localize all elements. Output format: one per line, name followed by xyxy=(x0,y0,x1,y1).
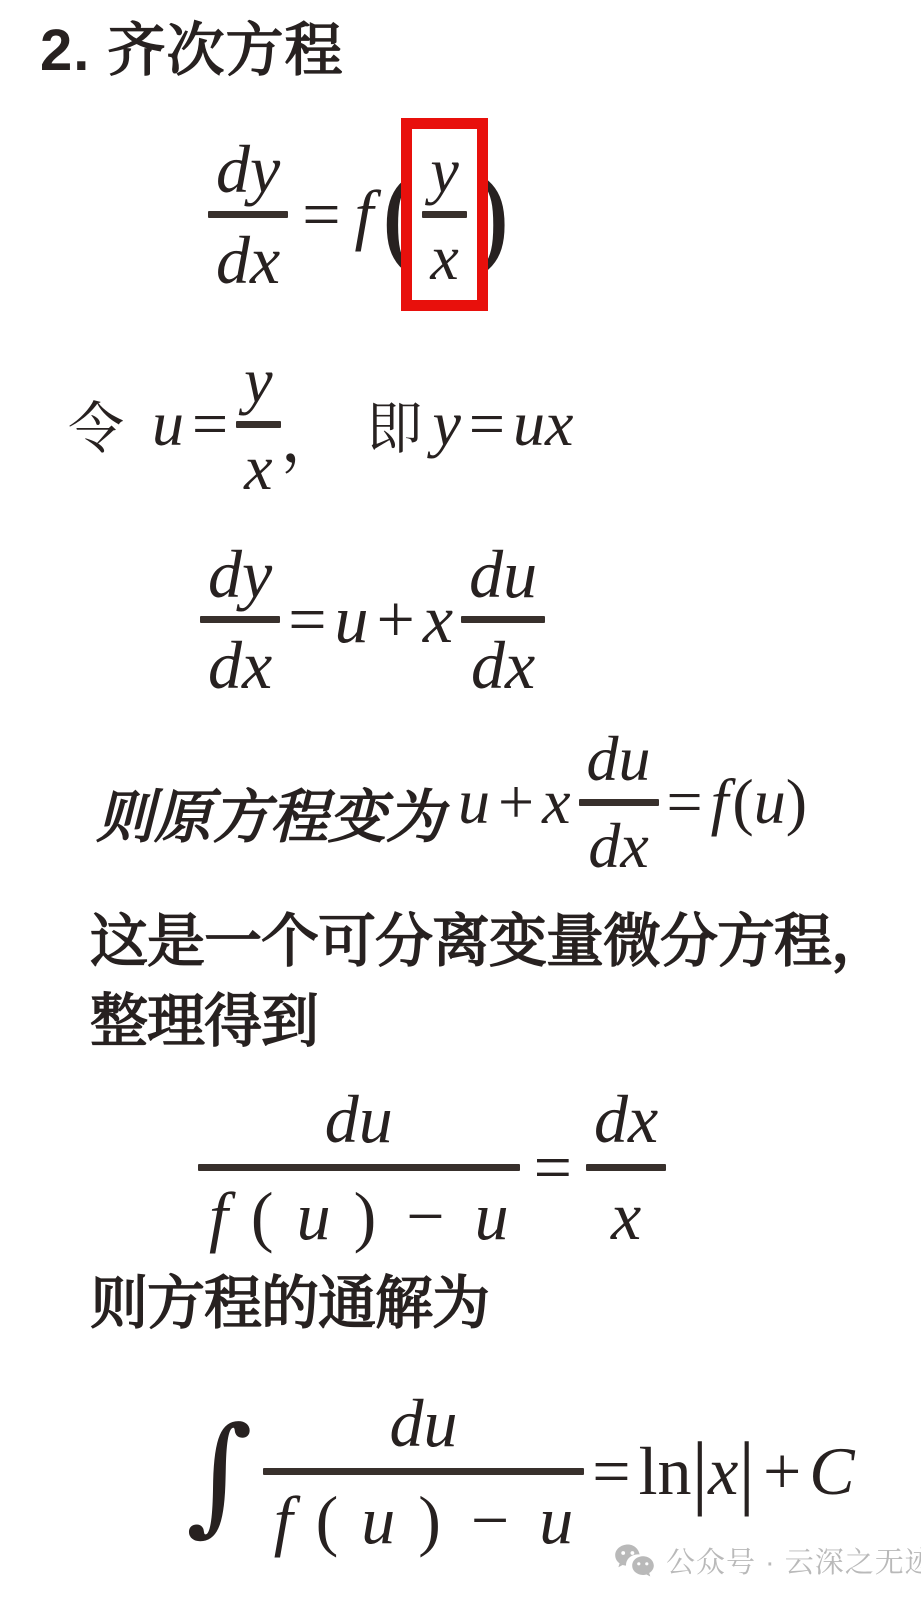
var-u: u xyxy=(458,770,490,834)
fraction-numerator: y xyxy=(422,139,466,203)
var-u: u xyxy=(361,1486,395,1554)
fraction-bar xyxy=(236,421,280,428)
fraction-denominator: x xyxy=(422,226,466,290)
right-paren-icon: ) xyxy=(786,770,807,834)
general-solution-label: 则方程的通解为 xyxy=(90,1264,489,1344)
ln-function: ln xyxy=(639,1437,692,1505)
paragraph-line: 整理得到 xyxy=(90,982,920,1062)
right-paren-icon: ) xyxy=(418,1486,441,1554)
fraction-denominator: dx xyxy=(200,631,280,699)
equals-sign: = xyxy=(288,585,326,653)
plus-sign: + xyxy=(498,770,534,834)
fraction-bar xyxy=(461,616,545,623)
fraction-numerator: dy xyxy=(208,135,288,203)
right-paren-icon: ) xyxy=(354,1182,377,1250)
fraction-bar xyxy=(263,1468,585,1475)
fraction-numerator: du xyxy=(461,540,545,608)
watermark-label: 公众号 · 云深之无迹 xyxy=(666,1540,921,1581)
substitution-line: 令 u = y x ， 即 y = ux xyxy=(68,350,573,498)
let-text: 令 xyxy=(68,402,124,458)
var-u: u xyxy=(335,585,369,653)
function-f: f xyxy=(274,1486,293,1554)
left-paren-icon: ( xyxy=(251,1182,274,1250)
var-ux: ux xyxy=(513,392,573,456)
fraction-numerator: y xyxy=(236,349,280,413)
plus-sign: + xyxy=(763,1437,801,1505)
var-u: u xyxy=(475,1182,509,1250)
du-over-fu-minus-u-fraction: du f ( u ) − u xyxy=(198,1085,520,1250)
left-paren-icon: ( xyxy=(316,1486,339,1554)
fraction-denominator: x xyxy=(603,1182,649,1250)
function-f: f xyxy=(355,180,374,248)
dy-dx-fraction: dy dx xyxy=(208,135,288,294)
section-title: 2. 齐次方程 xyxy=(40,18,344,85)
fraction-bar xyxy=(208,211,288,218)
plus-sign: + xyxy=(377,585,415,653)
watermark: 公众号 · 云深之无迹 xyxy=(614,1540,921,1581)
y-over-x-fraction: y x xyxy=(422,139,466,290)
equals-sign: = xyxy=(302,180,340,248)
wechat-icon xyxy=(614,1543,656,1579)
var-x: x xyxy=(423,585,453,653)
function-f: f xyxy=(711,770,729,834)
equation-separated: du f ( u ) − u = dx x xyxy=(198,1066,666,1268)
equals-sign: = xyxy=(667,770,703,834)
fraction-bar xyxy=(198,1164,520,1171)
fraction-denominator: dx xyxy=(208,226,288,294)
fraction-denominator: dx xyxy=(580,814,656,878)
namely-text: 即 xyxy=(367,402,423,458)
du-dx-fraction: du dx xyxy=(461,540,545,699)
fraction-numerator: dy xyxy=(200,540,280,608)
fraction-denominator: f ( u ) − u xyxy=(198,1182,520,1250)
var-u: u xyxy=(539,1486,573,1554)
equals-sign: = xyxy=(534,1133,572,1201)
fraction-denominator: x xyxy=(236,436,280,500)
y-over-x-fraction: y x xyxy=(236,349,280,500)
var-x: x xyxy=(708,1437,738,1505)
separable-paragraph: 这是一个可分离变量微分方程， 整理得到 xyxy=(90,902,920,1062)
var-u: u xyxy=(754,770,786,834)
var-y: y xyxy=(433,392,461,456)
fraction-numerator: du xyxy=(381,1389,465,1457)
fraction-denominator: f ( u ) − u xyxy=(263,1486,585,1554)
fraction-denominator: dx xyxy=(463,631,543,699)
equation-derivative: dy dx = u + x du dx xyxy=(200,526,545,712)
dx-over-x-fraction: dx x xyxy=(586,1085,666,1250)
function-f: f xyxy=(209,1182,228,1250)
constant-C: C xyxy=(809,1437,854,1505)
du-over-fu-minus-u-fraction: du f ( u ) − u xyxy=(263,1389,585,1554)
fraction-bar xyxy=(579,799,659,806)
equals-sign: = xyxy=(469,392,505,456)
equation-general-solution: ∫ du f ( u ) − u = ln | x | + C xyxy=(186,1382,855,1560)
fraction-numerator: dx xyxy=(586,1085,666,1153)
fraction-bar xyxy=(422,211,466,218)
fraction-bar xyxy=(586,1164,666,1171)
left-paren-icon: ( xyxy=(732,770,753,834)
equals-sign: = xyxy=(192,392,228,456)
var-u: u xyxy=(152,392,184,456)
du-dx-fraction: du dx xyxy=(579,727,659,878)
dy-dx-fraction: dy dx xyxy=(200,540,280,699)
paragraph-line: 这是一个可分离变量微分方程， xyxy=(90,902,920,982)
equals-sign: = xyxy=(592,1437,630,1505)
var-u: u xyxy=(297,1182,331,1250)
var-x: x xyxy=(542,770,570,834)
highlight-box: y x xyxy=(401,118,487,311)
fraction-numerator: du xyxy=(579,727,659,791)
equation-homogeneous-form: dy dx = f ( y x ) xyxy=(208,116,510,312)
equation-transformed-line: 则原方程变为 u + x du dx = f ( u ) xyxy=(96,716,807,888)
minus-sign: − xyxy=(471,1486,509,1554)
fraction-numerator: du xyxy=(317,1085,401,1153)
minus-sign: − xyxy=(406,1182,444,1250)
transformed-label: 则原方程变为 xyxy=(96,789,444,847)
comma: ， xyxy=(281,408,345,472)
fraction-bar xyxy=(200,616,280,623)
document-page: 2. 齐次方程 dy dx = f ( y x ) 令 u = y x ， 即 xyxy=(0,0,921,1601)
